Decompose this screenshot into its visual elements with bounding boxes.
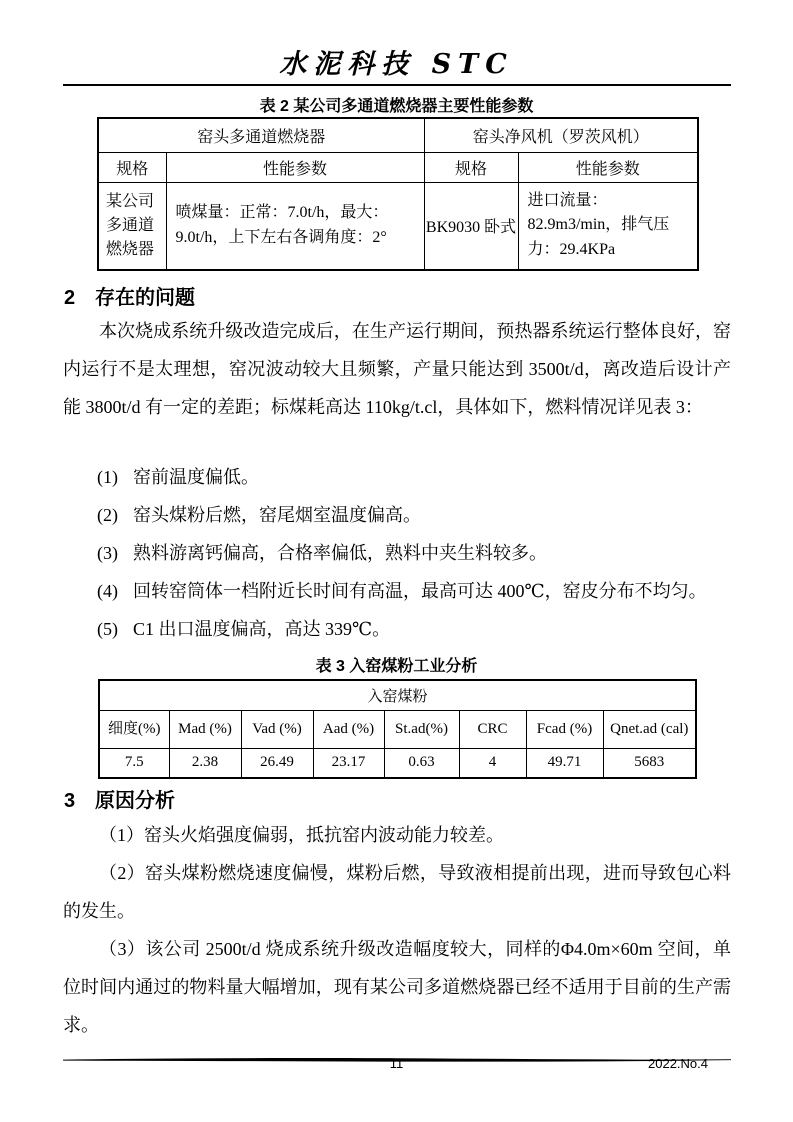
section-3-paragraph: （2）窑头煤粉燃烧速度偏慢，煤粉后燃，导致液相提前出现，进而导致包心料的发生。 <box>63 854 731 930</box>
table2-group-header-left: 窑头多通道燃烧器 <box>98 118 424 152</box>
section-3-body: （1）窑头火焰强度偏弱，抵抗窑内波动能力较差。 （2）窑头煤粉燃烧速度偏慢，煤粉… <box>63 816 731 1044</box>
list-item: (5) C1 出口温度偏高，高达 339℃。 <box>97 610 707 648</box>
table3-value: 26.49 <box>241 748 313 778</box>
table3-col-header: Aad (%) <box>313 710 384 748</box>
list-item-text: 回转窑筒体一档附近长时间有高温，最高可达 400℃，窑皮分布不均匀。 <box>133 572 707 610</box>
issue-label: 2022.No.4 <box>648 1056 708 1071</box>
burner-params-table: 窑头多通道燃烧器 窑头净风机（罗茨风机） 规格 性能参数 规格 性能参数 某公司… <box>97 117 699 271</box>
table3-value: 4 <box>459 748 526 778</box>
table2-cell-perf-right: 进口流量：82.9m3/min，排气压力：29.4KPa <box>518 182 698 270</box>
table2-caption: 表 2 某公司多通道燃烧器主要性能参数 <box>0 93 793 116</box>
section-3-number: 3 <box>64 790 95 813</box>
problem-list: (1) 窑前温度偏低。 (2) 窑头煤粉后燃，窑尾烟室温度偏高。 (3) 熟料游… <box>97 458 707 648</box>
table2-group-header-right: 窑头净风机（罗茨风机） <box>424 118 698 152</box>
section-2-paragraph: 本次烧成系统升级改造完成后，在生产运行期间，预热器系统运行整体良好，窑内运行不是… <box>63 312 731 426</box>
list-item-text: 熟料游离钙偏高，合格率偏低，熟料中夹生料较多。 <box>133 534 707 572</box>
table3-value: 5683 <box>603 748 696 778</box>
table3-value: 0.63 <box>384 748 459 778</box>
document-page: 水泥科技 STC 表 2 某公司多通道燃烧器主要性能参数 窑头多通道燃烧器 窑头… <box>0 0 793 1122</box>
table3-value: 49.71 <box>526 748 603 778</box>
table-row: 入窑煤粉 <box>99 680 696 710</box>
section-2-heading: 2存在的问题 <box>64 281 195 310</box>
list-item-number: (5) <box>97 610 133 648</box>
table2-cell-spec-left: 某公司多通道燃烧器 <box>98 182 166 270</box>
list-item-text: 窑前温度偏低。 <box>133 458 707 496</box>
section-2-title: 存在的问题 <box>95 287 195 309</box>
section-3-paragraph: （3）该公司 2500t/d 烧成系统升级改造幅度较大，同样的Φ4.0m×60m… <box>63 930 731 1044</box>
table2-col-header: 性能参数 <box>166 152 424 182</box>
list-item: (3) 熟料游离钙偏高，合格率偏低，熟料中夹生料较多。 <box>97 534 707 572</box>
section-3-title: 原因分析 <box>95 790 175 812</box>
table3-span-header: 入窑煤粉 <box>99 680 696 710</box>
section-3-paragraph: （1）窑头火焰强度偏弱，抵抗窑内波动能力较差。 <box>63 816 731 854</box>
table2-cell-perf-left: 喷煤量：正常：7.0t/h，最大：9.0t/h，上下左右各调角度：2° <box>166 182 424 270</box>
list-item-number: (4) <box>97 572 133 610</box>
coal-analysis-table: 入窑煤粉 细度(%) Mad (%) Vad (%) Aad (%) St.ad… <box>98 679 697 779</box>
table2-col-header: 性能参数 <box>518 152 698 182</box>
table2-col-header: 规格 <box>98 152 166 182</box>
list-item: (2) 窑头煤粉后燃，窑尾烟室温度偏高。 <box>97 496 707 534</box>
table3-value: 7.5 <box>99 748 169 778</box>
table-row: 某公司多通道燃烧器 喷煤量：正常：7.0t/h，最大：9.0t/h，上下左右各调… <box>98 182 698 270</box>
header-rule <box>63 84 731 86</box>
table3-col-header: Mad (%) <box>169 710 241 748</box>
list-item: (4) 回转窑筒体一档附近长时间有高温，最高可达 400℃，窑皮分布不均匀。 <box>97 572 707 610</box>
table2-col-header: 规格 <box>424 152 518 182</box>
journal-title: 水泥科技 STC <box>0 42 793 81</box>
table3-col-header: Vad (%) <box>241 710 313 748</box>
section-2-number: 2 <box>64 287 95 310</box>
section-3-heading: 3原因分析 <box>64 784 175 813</box>
table-row: 细度(%) Mad (%) Vad (%) Aad (%) St.ad(%) C… <box>99 710 696 748</box>
table3-col-header: Qnet.ad (cal) <box>603 710 696 748</box>
table3-caption: 表 3 入窑煤粉工业分析 <box>0 653 793 676</box>
table-row: 窑头多通道燃烧器 窑头净风机（罗茨风机） <box>98 118 698 152</box>
list-item-text: C1 出口温度偏高，高达 339℃。 <box>133 610 707 648</box>
list-item-number: (3) <box>97 534 133 572</box>
table3-value: 23.17 <box>313 748 384 778</box>
table-row: 规格 性能参数 规格 性能参数 <box>98 152 698 182</box>
list-item: (1) 窑前温度偏低。 <box>97 458 707 496</box>
table2-cell-spec-right: BK9030 卧式 <box>424 182 518 270</box>
table-row: 7.5 2.38 26.49 23.17 0.63 4 49.71 5683 <box>99 748 696 778</box>
table3-value: 2.38 <box>169 748 241 778</box>
table3-col-header: 细度(%) <box>99 710 169 748</box>
table3-col-header: Fcad (%) <box>526 710 603 748</box>
list-item-text: 窑头煤粉后燃，窑尾烟室温度偏高。 <box>133 496 707 534</box>
list-item-number: (2) <box>97 496 133 534</box>
list-item-number: (1) <box>97 458 133 496</box>
table3-col-header: St.ad(%) <box>384 710 459 748</box>
table3-col-header: CRC <box>459 710 526 748</box>
